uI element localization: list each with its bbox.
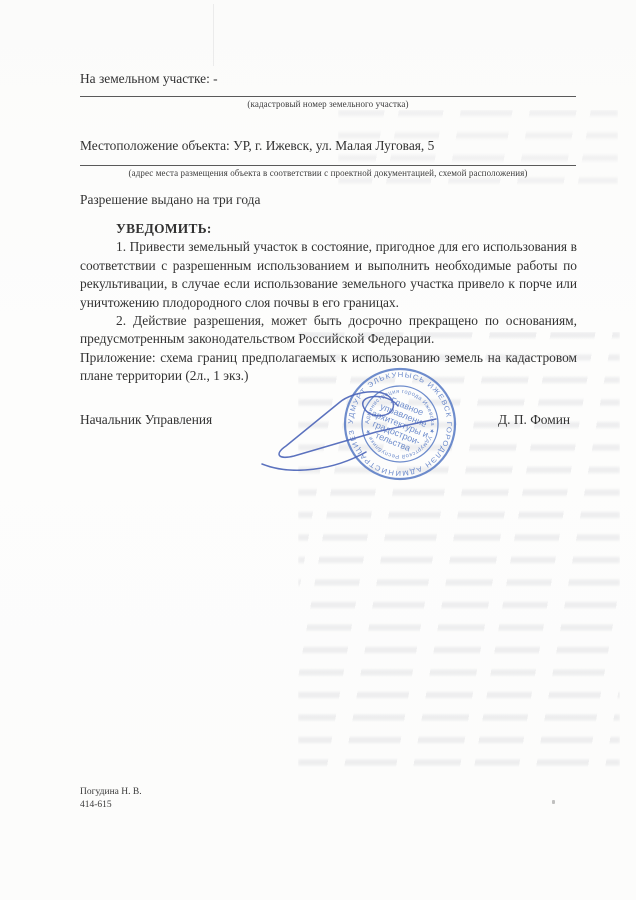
signer-name: Д. П. Фомин — [498, 411, 570, 429]
fold-mark — [213, 4, 214, 66]
object-location-line: Местоположение объекта: УР, г. Ижевск, у… — [80, 137, 434, 155]
cadastral-caption: (кадастровый номер земельного участка) — [80, 99, 576, 109]
clause-1: 1. Привести земельный участок в состояни… — [80, 238, 577, 312]
cadastral-underline — [80, 96, 576, 97]
scanned-document-page: На земельном участке: - (кадастровый ном… — [0, 0, 636, 900]
footer-block: Погудина Н. В. 414-615 — [80, 786, 142, 812]
address-caption: (адрес места размещения объекта в соотве… — [80, 168, 576, 178]
scan-speck — [552, 800, 555, 804]
handwritten-signature — [248, 386, 458, 471]
executor-name: Погудина Н. В. — [80, 786, 142, 799]
signer-title: Начальник Управления — [80, 411, 212, 429]
address-underline — [80, 165, 576, 166]
validity-line: Разрешение выдано на три года — [80, 191, 260, 209]
land-plot-line: На земельном участке: - — [80, 70, 218, 88]
executor-phone: 414-615 — [80, 799, 142, 812]
notify-heading: УВЕДОМИТЬ: — [80, 220, 577, 238]
clause-2: 2. Действие разрешения, может быть досро… — [80, 312, 577, 349]
